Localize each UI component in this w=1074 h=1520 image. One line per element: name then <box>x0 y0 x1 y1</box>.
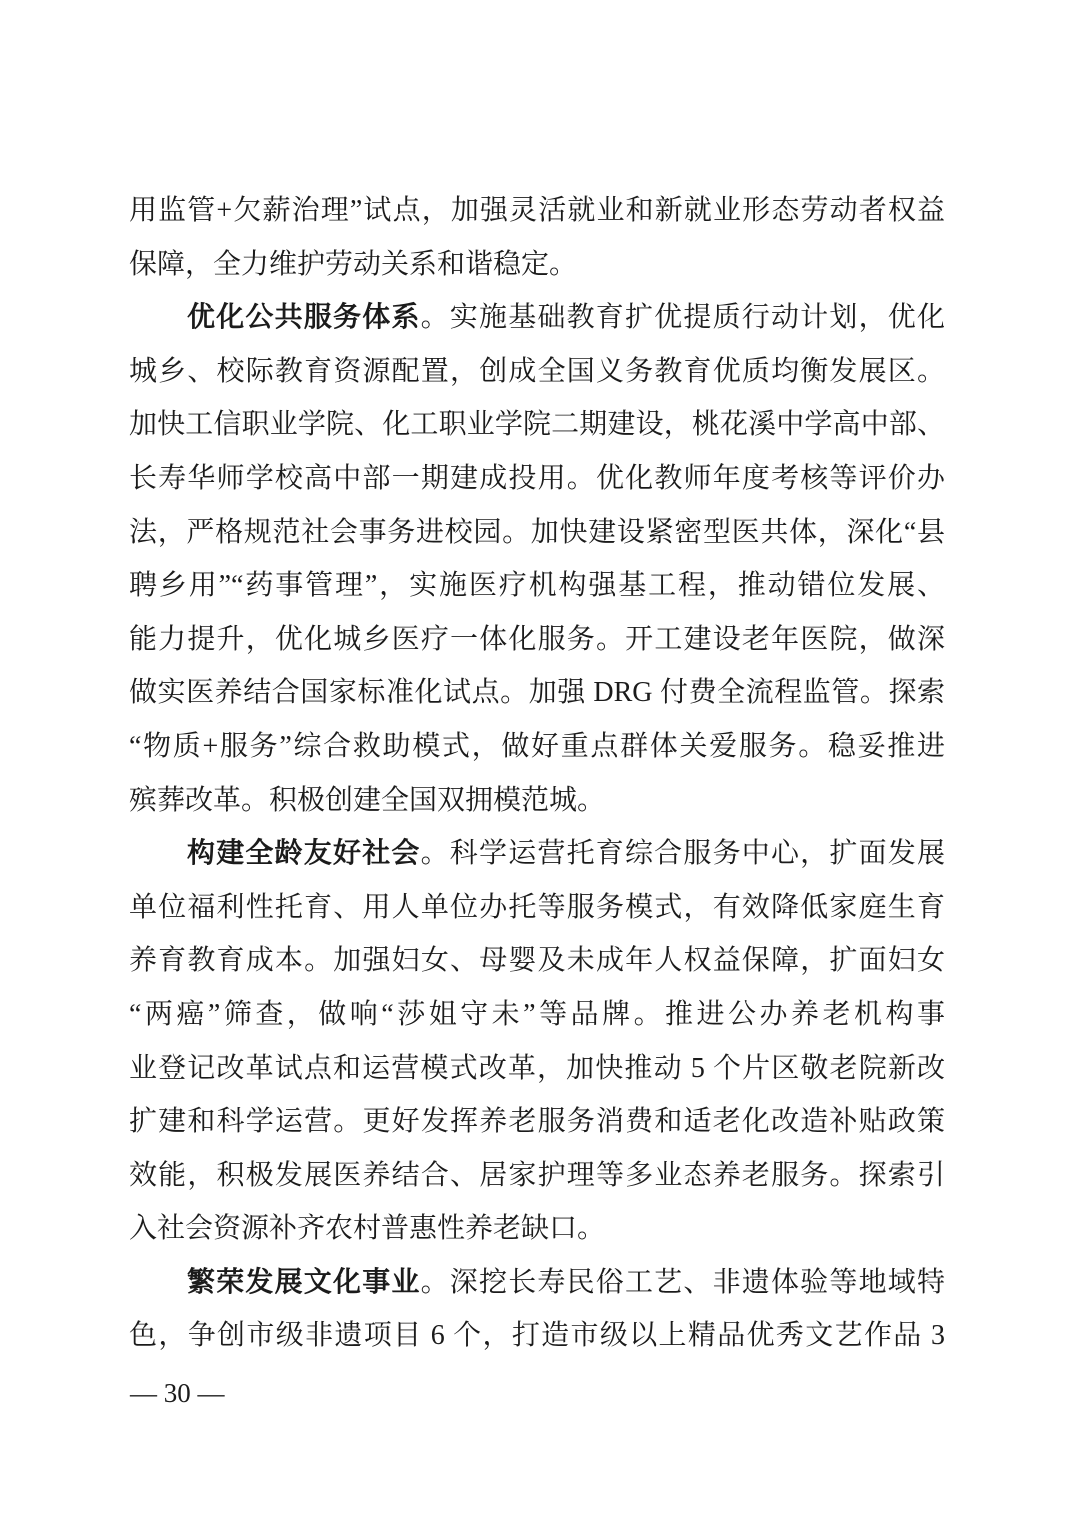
section-heading: 繁荣发展文化事业 <box>187 1267 421 1298</box>
body-line: “两癌”筛查，做响“莎姐守未”等品牌。推进公办养老机构事 <box>129 988 945 1042</box>
body-line: 效能，积极发展医养结合、居家护理等多业态养老服务。探索引 <box>129 1149 945 1203</box>
body-line: 入社会资源补齐农村普惠性养老缺口。 <box>129 1202 945 1256</box>
body-line: 扩建和科学运营。更好发挥养老服务消费和适老化改造补贴政策 <box>129 1095 945 1149</box>
body-line: 优化公共服务体系。实施基础教育扩优提质行动计划，优化 <box>129 291 945 345</box>
body-line: 聘乡用”“药事管理”，实施医疗机构强基工程，推动错位发展、 <box>129 559 945 613</box>
body-line: 保障，全力维护劳动关系和谐稳定。 <box>129 238 945 292</box>
body-line: 用监管+欠薪治理”试点，加强灵活就业和新就业形态劳动者权益 <box>129 184 945 238</box>
page-number: — 30 — <box>130 1377 225 1409</box>
body-line: 繁荣发展文化事业。深挖长寿民俗工艺、非遗体验等地域特 <box>129 1256 945 1310</box>
body-line: 法，严格规范社会事务进校园。加快建设紧密型医共体，深化“县 <box>129 506 945 560</box>
body-line: 单位福利性托育、用人单位办托等服务模式，有效降低家庭生育 <box>129 881 945 935</box>
body-line: 业登记改革试点和运营模式改革，加快推动 5 个片区敬老院新改 <box>129 1042 945 1096</box>
line-text: 。深挖长寿民俗工艺、非遗体验等地域特 <box>421 1267 945 1298</box>
body-line: 色，争创市级非遗项目 6 个，打造市级以上精品优秀文艺作品 3 <box>129 1309 945 1363</box>
body-line: 殡葬改革。积极创建全国双拥模范城。 <box>129 774 945 828</box>
line-text: 。科学运营托育综合服务中心，扩面发展 <box>421 838 945 869</box>
section-heading: 优化公共服务体系 <box>187 302 421 333</box>
body-line: 养育教育成本。加强妇女、母婴及未成年人权益保障，扩面妇女 <box>129 934 945 988</box>
body-line: 长寿华师学校高中部一期建成投用。优化教师年度考核等评价办 <box>129 452 945 506</box>
body-line: 城乡、校际教育资源配置，创成全国义务教育优质均衡发展区。 <box>129 345 945 399</box>
body-line: 加快工信职业学院、化工职业学院二期建设，桃花溪中学高中部、 <box>129 398 945 452</box>
line-text: 。实施基础教育扩优提质行动计划，优化 <box>421 302 945 333</box>
body-line: 构建全龄友好社会。科学运营托育综合服务中心，扩面发展 <box>129 827 945 881</box>
section-heading: 构建全龄友好社会 <box>187 838 421 869</box>
body-line: 能力提升，优化城乡医疗一体化服务。开工建设老年医院，做深 <box>129 613 945 667</box>
body-text-block: 用监管+欠薪治理”试点，加强灵活就业和新就业形态劳动者权益 保障，全力维护劳动关… <box>129 184 945 1363</box>
document-page: 用监管+欠薪治理”试点，加强灵活就业和新就业形态劳动者权益 保障，全力维护劳动关… <box>0 0 1074 1520</box>
body-line: 做实医养结合国家标准化试点。加强 DRG 付费全流程监管。探索 <box>129 666 945 720</box>
body-line: “物质+服务”综合救助模式，做好重点群体关爱服务。稳妥推进 <box>129 720 945 774</box>
